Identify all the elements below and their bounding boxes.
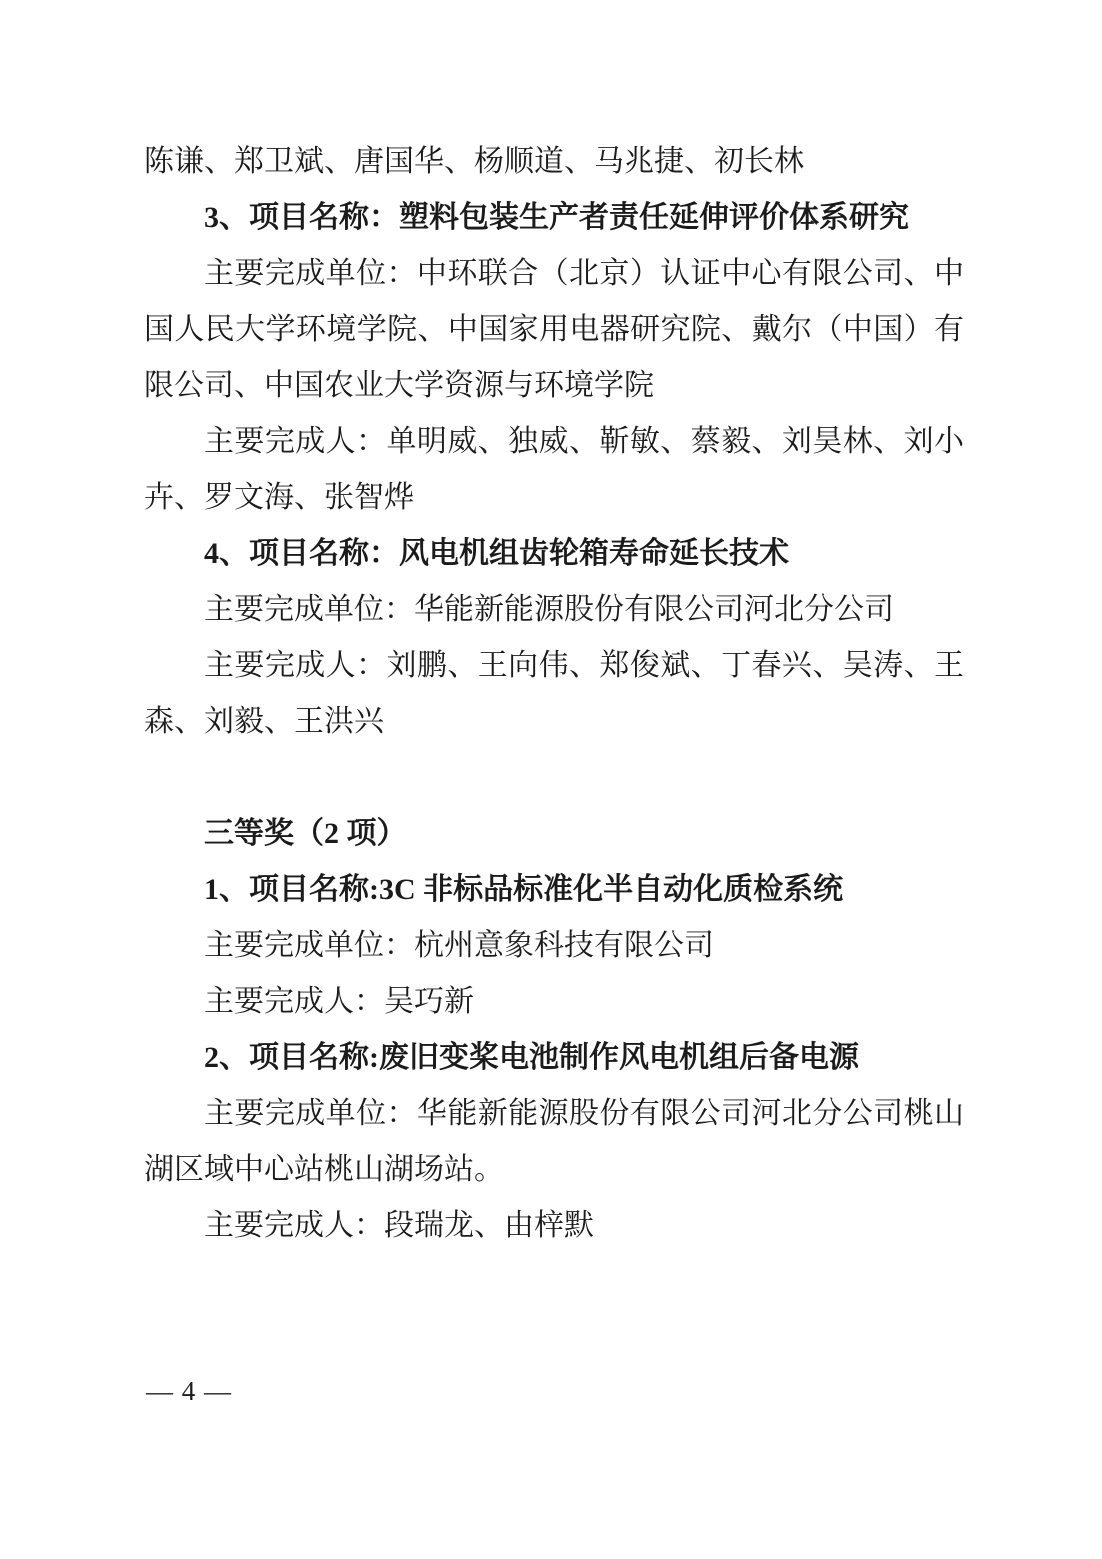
third-prize-item-2-title: 2、项目名称:废旧变桨电池制作风电机组后备电源 <box>144 1030 964 1086</box>
third-prize-heading: 三等奖（2 项） <box>144 806 964 862</box>
document-page: 陈谦、郑卫斌、唐国华、杨顺道、马兆捷、初长林 3、项目名称：塑料包装生产者责任延… <box>0 0 1102 1559</box>
second-prize-item-4-people: 主要完成人：刘鹏、王向伟、郑俊斌、丁春兴、吴涛、王森、刘毅、王洪兴 <box>144 638 964 750</box>
second-prize-item-3-units: 主要完成单位：中环联合（北京）认证中心有限公司、中国人民大学环境学院、中国家用电… <box>144 246 964 414</box>
third-prize-item-1-title: 1、项目名称:3C 非标品标准化半自动化质检系统 <box>144 862 964 918</box>
continued-people-line: 陈谦、郑卫斌、唐国华、杨顺道、马兆捷、初长林 <box>144 134 964 190</box>
second-prize-item-4-title: 4、项目名称：风电机组齿轮箱寿命延长技术 <box>144 526 964 582</box>
page-number: — 4 — <box>146 1376 232 1406</box>
second-prize-item-4-units: 主要完成单位：华能新能源股份有限公司河北分公司 <box>144 582 964 638</box>
third-prize-item-2-people: 主要完成人：段瑞龙、由梓默 <box>144 1198 964 1254</box>
third-prize-item-1-units: 主要完成单位：杭州意象科技有限公司 <box>144 918 964 974</box>
section-gap <box>144 750 964 806</box>
third-prize-item-1-people: 主要完成人：吴巧新 <box>144 974 964 1030</box>
second-prize-item-3-people: 主要完成人：单明威、独威、靳敏、蔡毅、刘昊林、刘小卉、罗文海、张智烨 <box>144 414 964 526</box>
second-prize-item-3-title: 3、项目名称：塑料包装生产者责任延伸评价体系研究 <box>144 190 964 246</box>
document-body: 陈谦、郑卫斌、唐国华、杨顺道、马兆捷、初长林 3、项目名称：塑料包装生产者责任延… <box>144 134 964 1254</box>
third-prize-item-2-units: 主要完成单位：华能新能源股份有限公司河北分公司桃山湖区域中心站桃山湖场站。 <box>144 1086 964 1198</box>
